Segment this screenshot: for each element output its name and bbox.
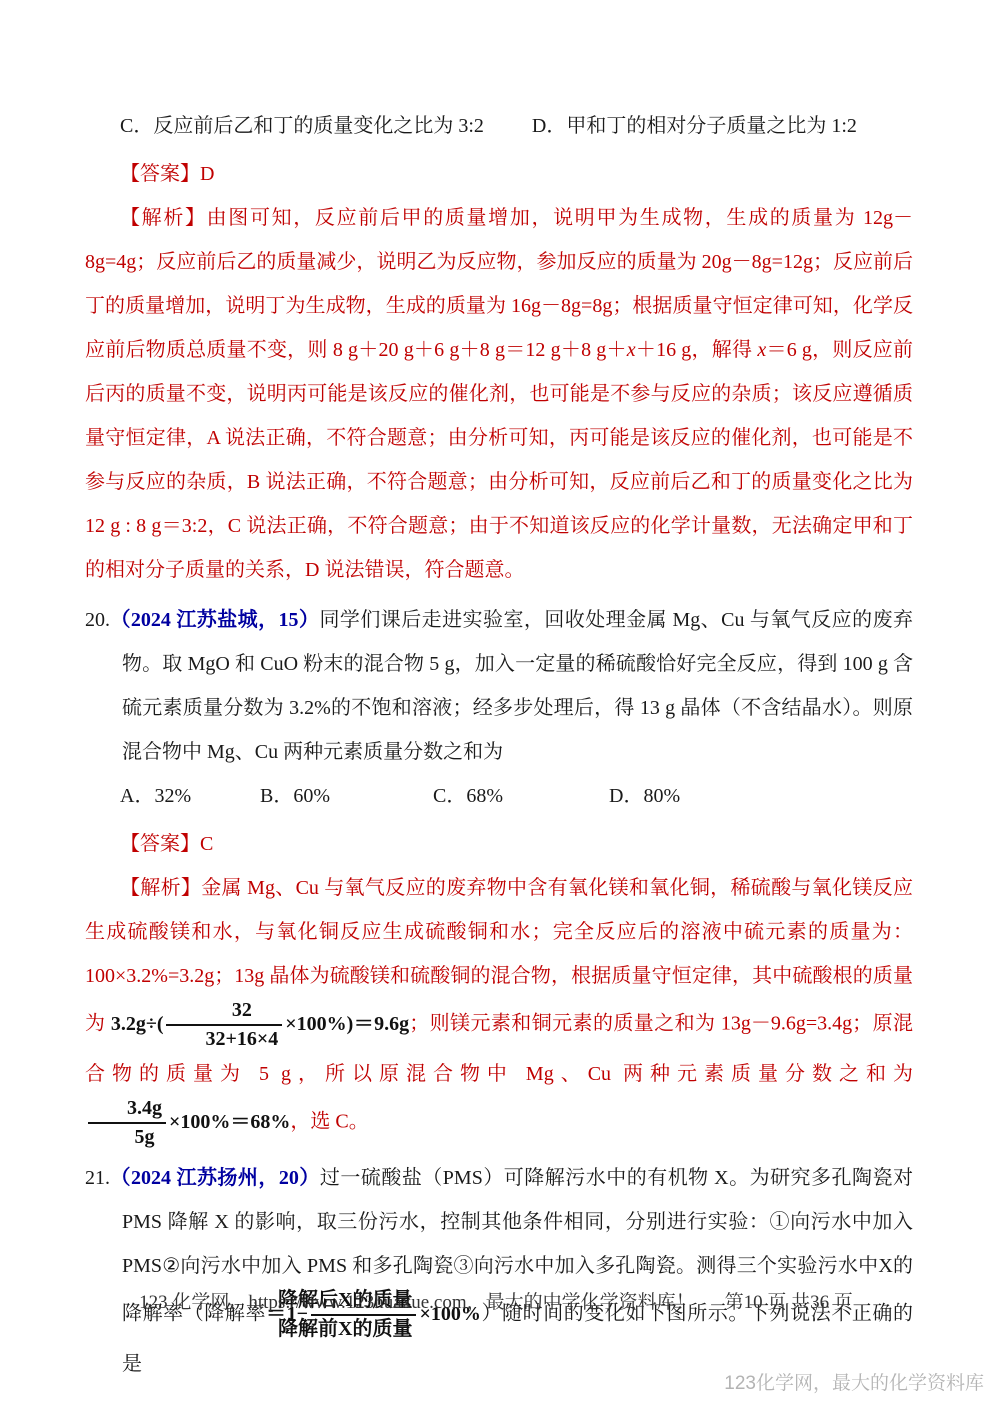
- q20-formula2-fraction: 3.4g5g: [88, 1096, 166, 1150]
- q20-options: A．32%B．60%C．68%D．80%: [120, 774, 913, 818]
- q19-analysis-var-x1: x: [627, 339, 636, 361]
- q20-option-c: C．68%: [433, 774, 609, 818]
- q20-answer-line: 【答案】C: [120, 822, 913, 866]
- q21-source: （2024 江苏扬州，20）: [110, 1167, 320, 1189]
- q20-analysis: 【解析】金属 Mg、Cu 与氧气反应的废弃物中含有氧化镁和氧化铜，稀硫酸与氧化镁…: [85, 866, 913, 1150]
- q21-formula-denominator: 降解前X的质量: [311, 1316, 416, 1342]
- q20-formula1-pre: 3.2g÷(: [111, 1013, 164, 1035]
- q20-number: 20.: [85, 609, 110, 631]
- page-footer: 123 化学网，https://www.123huaxue.com，最大的中学化…: [0, 1288, 992, 1318]
- q21-stem: 21.（2024 江苏扬州，20）过一硫酸盐（PMS）可降解污水中的有机物 X。…: [85, 1156, 913, 1386]
- q19-analysis: 【解析】由图可知，反应前后甲的质量增加，说明甲为生成物，生成的质量为 12g－8…: [85, 196, 913, 592]
- q19-option-c: C．反应前后乙和丁的质量变化之比为 3:2: [120, 115, 484, 137]
- q19-options-cd: C．反应前后乙和丁的质量变化之比为 3:2D．甲和丁的相对分子质量之比为 1:2: [120, 104, 913, 148]
- q20-formula1-denominator: 32+16×4: [166, 1026, 282, 1052]
- q20-answer-value: C: [200, 833, 213, 855]
- q19-answer-value: D: [200, 163, 214, 185]
- document-page: C．反应前后乙和丁的质量变化之比为 3:2D．甲和丁的相对分子质量之比为 1:2…: [85, 104, 913, 1386]
- q20-option-a: A．32%: [120, 774, 260, 818]
- q20-answer-label: 【答案】: [120, 833, 200, 855]
- watermark-text: 123化学网，最大的化学资料库: [724, 1368, 984, 1395]
- q19-answer-label: 【答案】: [120, 163, 200, 185]
- q20-formula1-post: ×100%)＝9.6g: [285, 1013, 409, 1035]
- q20-formula2-denominator: 5g: [88, 1124, 166, 1150]
- q19-answer-line: 【答案】D: [120, 152, 913, 196]
- q20-analysis-text-3: ，选 C。: [290, 1111, 368, 1133]
- q20-formula2-post: ×100%＝68%: [169, 1111, 290, 1133]
- q19-option-d: D．甲和丁的相对分子质量之比为 1:2: [532, 115, 857, 137]
- q19-analysis-var-x2: x: [757, 339, 766, 361]
- q20-source: （2024 江苏盐城，15）: [110, 609, 319, 631]
- q19-analysis-label: 【解析】: [120, 207, 207, 229]
- footer-site-info: 123 化学网，https://www.123huaxue.com，最大的中学化…: [139, 1292, 695, 1313]
- q20-stem: 20.（2024 江苏盐城，15）同学们课后走进实验室，回收处理金属 Mg、Cu…: [85, 598, 913, 774]
- q20-option-b: B．60%: [260, 774, 433, 818]
- q21-number: 21.: [85, 1167, 110, 1189]
- q20-stem-text: 同学们课后走进实验室，回收处理金属 Mg、Cu 与氧气反应的废弃物。取 MgO …: [122, 609, 913, 763]
- q20-formula-sulfate-mass: 3.2g÷(3232+16×4×100%)＝9.6g: [111, 1013, 409, 1035]
- q20-formula1-numerator: 32: [166, 998, 282, 1026]
- footer-page-number: 第10 页 共36 页: [725, 1292, 853, 1313]
- q19-analysis-text-1: 由图可知，反应前后甲的质量增加，说明甲为生成物，生成的质量为 12g－8g=4g…: [85, 207, 913, 361]
- q20-formula1-fraction: 3232+16×4: [166, 998, 282, 1052]
- q19-analysis-text-2: ＋16 g，解得: [636, 339, 758, 361]
- q20-analysis-label: 【解析】: [120, 877, 201, 899]
- q20-formula2-numerator: 3.4g: [88, 1096, 166, 1124]
- q19-analysis-text-3: ＝6 g，则反应前后丙的质量不变，说明丙可能是该反应的催化剂，也可能是不参与反应…: [85, 339, 913, 581]
- q20-formula-mass-fraction: 3.4g5g×100%＝68%: [85, 1111, 290, 1133]
- q20-option-d: D．80%: [609, 774, 680, 818]
